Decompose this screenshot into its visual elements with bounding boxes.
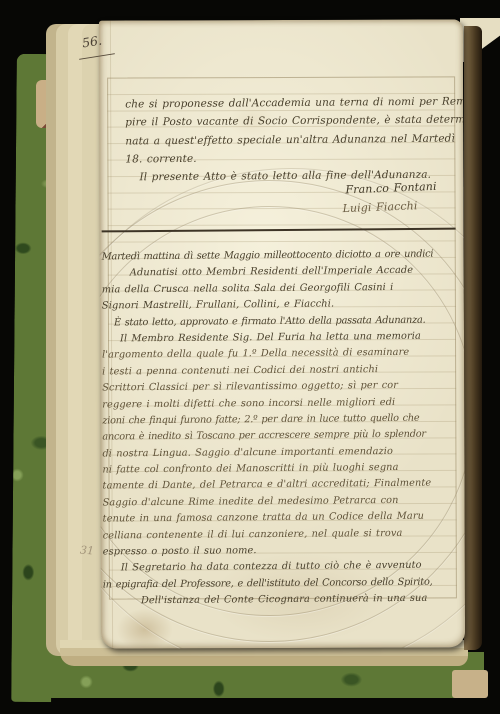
manuscript-page: che si proponesse dall'Accademia una ter…: [99, 19, 465, 648]
manuscript-line: 18. corrente.: [125, 148, 465, 169]
cover-worn-corner-bottom: [452, 670, 488, 698]
folio-number: 56.: [81, 33, 103, 51]
previous-entry-text: che si proponesse dall'Accademia una ter…: [125, 93, 465, 168]
manuscript-line: Dell'istanza del Conte Cicognara continu…: [141, 591, 435, 610]
photo-of-bound-manuscript: che si proponesse dall'Accademia una ter…: [0, 0, 500, 714]
pencil-margin-mark: 31: [80, 544, 95, 558]
page-block-right-edge: [464, 26, 482, 650]
current-entry-text: Martedì mattina dì sette Maggio milleott…: [102, 247, 435, 609]
